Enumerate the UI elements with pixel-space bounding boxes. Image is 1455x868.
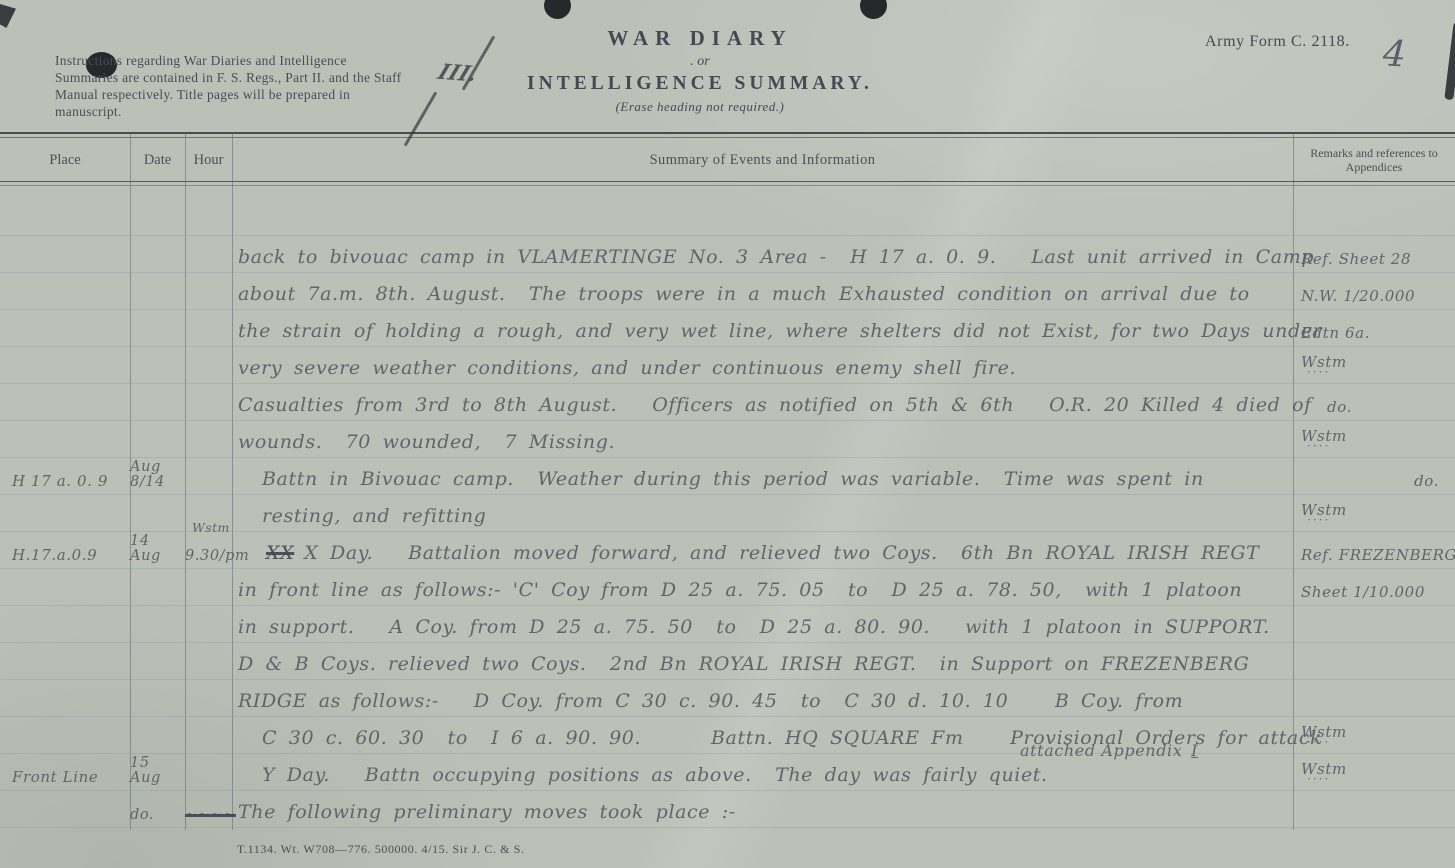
summary-cell: back to bivouac camp in VLAMERTINGE No. … <box>232 246 1293 273</box>
place-cell: Front Line <box>0 768 130 791</box>
date-cell: 15 Aug <box>130 756 185 791</box>
summary-cell: XXX Day. Battalion moved forward, and re… <box>232 542 1293 569</box>
table-header-row: Place Date Hour Summary of Events and In… <box>0 140 1455 181</box>
summary-cell: RIDGE as follows:- D Coy. from C 30 c. 9… <box>232 690 1293 717</box>
hour-cell: 9.30/pm <box>185 548 232 569</box>
remarks-signature: Wstm <box>1293 723 1455 754</box>
date-cell: Aug 8/14 <box>130 460 185 495</box>
remarks-cell: Sheet 1/10.000 <box>1293 583 1455 606</box>
table-row: about 7a.m. 8th. August. The troops were… <box>0 273 1455 310</box>
form-title-war-diary: WAR DIARY <box>450 26 950 51</box>
place-cell <box>0 823 130 828</box>
form-title-block: WAR DIARY . or INTELLIGENCE SUMMARY. (Er… <box>450 26 950 115</box>
table-row: in support. A Coy. from D 25 a. 75. 50 t… <box>0 606 1455 643</box>
remarks-signature: Wstm <box>1293 760 1455 791</box>
table-row: wounds. 70 wounded, 7 Missing. Wstm <box>0 421 1455 458</box>
summary-cell: Battn in Bivouac camp. Weather during th… <box>232 468 1293 495</box>
printer-imprint: T.1134. Wt. W708—776. 500000. 4/15. Sir … <box>237 842 525 857</box>
punch-hole-icon <box>860 0 887 19</box>
date-cell: do. <box>130 808 185 828</box>
summary-cell: the strain of holding a rough, and very … <box>232 320 1293 347</box>
table-row: very severe weather conditions, and unde… <box>0 347 1455 384</box>
remarks-cell: Ref. Sheet 28 <box>1293 250 1455 273</box>
remarks-cell: Ref. FREZENBERG <box>1293 546 1455 569</box>
summary-cell: wounds. 70 wounded, 7 Missing. <box>232 431 1293 458</box>
struck-text: XX <box>266 542 294 564</box>
form-title-note: (Erase heading not required.) <box>450 99 950 115</box>
summary-cell: in front line as follows:- 'C' Coy from … <box>232 579 1293 606</box>
struck-text: ~~~~ <box>185 807 236 823</box>
table-row: H 17 a. 0. 9 Aug 8/14 Battn in Bivouac c… <box>0 458 1455 495</box>
column-header-date: Date <box>130 140 185 181</box>
appendix-numeral: I <box>1188 741 1201 760</box>
table-row: the strain of holding a rough, and very … <box>0 310 1455 347</box>
scan-corner-mark <box>0 4 16 28</box>
form-number: Army Form C. 2118. <box>1205 33 1350 51</box>
column-header-summary: Summary of Events and Information <box>232 140 1293 181</box>
remarks-cell <box>1293 823 1455 828</box>
table-top-rule <box>0 132 1455 138</box>
scan-edge-mark <box>1444 22 1455 101</box>
table-row: in front line as follows:- 'C' Coy from … <box>0 569 1455 606</box>
remarks-signature: Wstm <box>1293 501 1455 532</box>
remarks-cell: do. <box>1293 398 1455 421</box>
form-title-intelligence-summary: INTELLIGENCE SUMMARY. <box>450 73 950 95</box>
remarks-cell: N.W. 1/20.000 <box>1293 287 1455 310</box>
table-row: D & B Coys. relieved two Coys. 2nd Bn RO… <box>0 643 1455 680</box>
place-cell: H.17.a.0.9 <box>0 546 130 569</box>
instructions-text: Instructions regarding War Diaries and I… <box>55 52 411 120</box>
summary-cell: in support. A Coy. from D 25 a. 75. 50 t… <box>232 616 1293 643</box>
summary-cell: The following preliminary moves took pla… <box>232 801 1293 828</box>
punch-hole-icon <box>544 0 571 19</box>
remarks-cell: do. <box>1293 472 1455 495</box>
date-cell: 14 Aug <box>130 534 185 569</box>
summary-cell: resting, and refitting <box>232 505 1293 532</box>
hour-cell: ~~~~ <box>185 807 232 828</box>
table-header-rule <box>0 181 1455 182</box>
table-row: do. ~~~~ The following preliminary moves… <box>0 791 1455 828</box>
form-title-or: . or <box>450 54 950 70</box>
summary-cell: very severe weather conditions, and unde… <box>232 357 1293 384</box>
table-row: H.17.a.0.9 14 Aug 9.30/pm Wstm XXX Day. … <box>0 532 1455 569</box>
page-number: 4 <box>1382 33 1408 75</box>
table-row: Casualties from 3rd to 8th August. Offic… <box>0 384 1455 421</box>
summary-cell: D & B Coys. relieved two Coys. 2nd Bn RO… <box>232 653 1293 680</box>
column-header-place: Place <box>0 140 130 181</box>
interline-initials: Wstm <box>192 520 230 535</box>
note-text: attached Appendix <box>1020 741 1182 760</box>
table-row: Front Line 15 Aug Y Day. Battn occupying… <box>0 754 1455 791</box>
remarks-signature: Wstm <box>1293 353 1455 384</box>
table-row: back to bivouac camp in VLAMERTINGE No. … <box>0 236 1455 273</box>
pencil-slash-icon <box>404 91 438 146</box>
column-header-hour: Hour <box>185 140 232 181</box>
place-cell: H 17 a. 0. 9 <box>0 472 130 495</box>
table-row: RIDGE as follows:- D Coy. from C 30 c. 9… <box>0 680 1455 717</box>
table-row: C 30 c. 60. 30 to I 6 a. 90. 90. Battn. … <box>0 717 1455 754</box>
summary-text: X Day. Battalion moved forward, and reli… <box>304 542 1259 564</box>
summary-cell: about 7a.m. 8th. August. The troops were… <box>232 283 1293 310</box>
remarks-signature: Wstm <box>1293 427 1455 458</box>
interline-note: attached Appendix I <box>1020 741 1201 760</box>
table-header-rule <box>0 185 1455 186</box>
summary-cell: Y Day. Battn occupying positions as abov… <box>232 764 1293 791</box>
diary-entries: back to bivouac camp in VLAMERTINGE No. … <box>0 236 1455 828</box>
remarks-cell: Edtn 6a. <box>1293 324 1455 347</box>
summary-cell: Casualties from 3rd to 8th August. Offic… <box>232 394 1293 421</box>
column-header-remarks: Remarks and references to Appendices <box>1293 140 1455 181</box>
